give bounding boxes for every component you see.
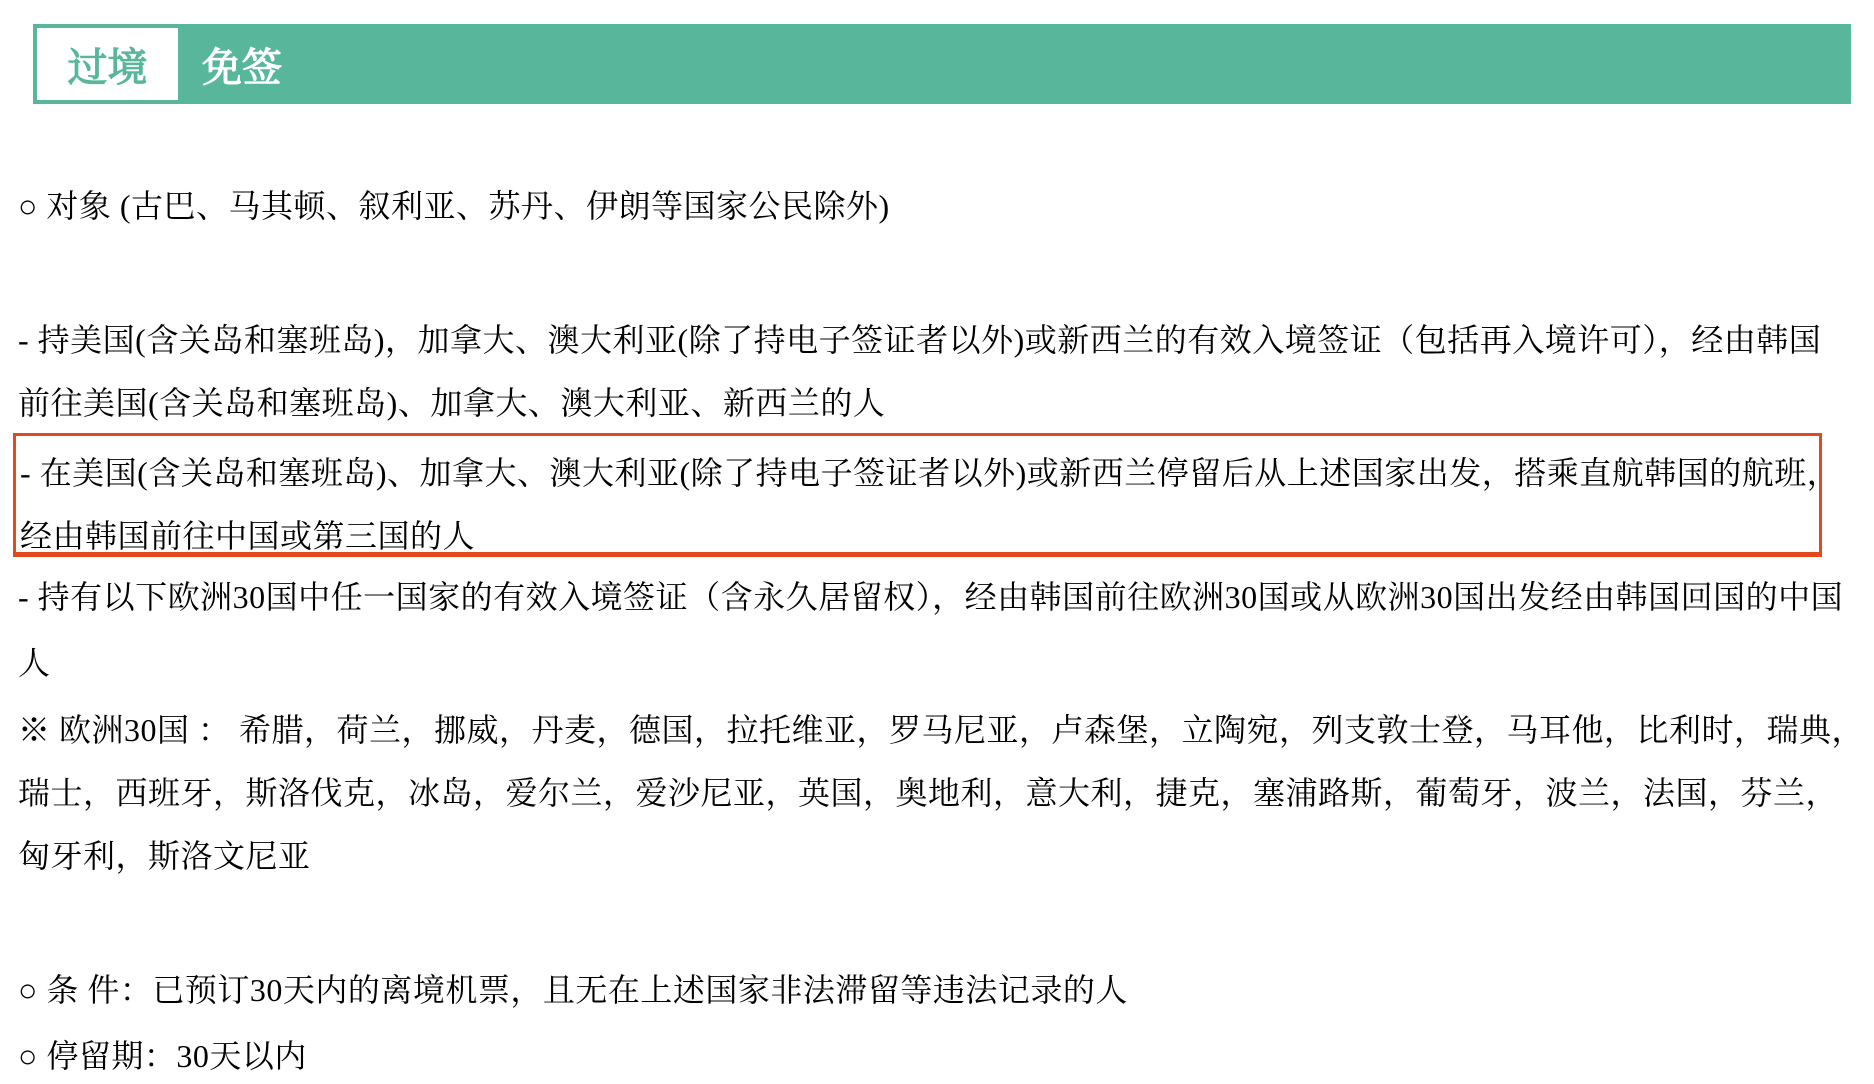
highlight-line1: - 在美国(含关岛和塞班岛)、加拿大、澳大利亚(除了持电子签证者以外)或新西兰停… xyxy=(20,455,1839,491)
stay-period-line: ○ 停留期：30天以内 xyxy=(18,1038,307,1074)
condition-line: ○ 条 件：已预订30天内的离境机票，且无在上述国家非法滞留等违法记录的人 xyxy=(18,972,1128,1008)
highlight-box: - 在美国(含关岛和塞班岛)、加拿大、澳大利亚(除了持电子签证者以外)或新西兰停… xyxy=(13,433,1822,557)
eu-list-line2: 瑞士，西班牙，斯洛伐克，冰岛，爱尔兰，爱沙尼亚，英国，奥地利，意大利，捷克，塞浦… xyxy=(18,775,1838,811)
tab-visa-free[interactable]: 免签 xyxy=(202,36,282,93)
highlight-line2: 经由韩国前往中国或第三国的人 xyxy=(20,518,475,554)
eu-paragraph-line1: - 持有以下欧洲30国中任一国家的有效入境签证（含永久居留权），经由韩国前往欧洲… xyxy=(18,579,1843,615)
tab-transit[interactable]: 过境 xyxy=(37,28,178,100)
us-paragraph-line2: 前往美国(含关岛和塞班岛)、加拿大、澳大利亚、新西兰的人 xyxy=(18,385,885,421)
tab-transit-label: 过境 xyxy=(68,36,148,93)
eu-paragraph-line2: 人 xyxy=(18,645,51,681)
eu-list-line3: 匈牙利，斯洛文尼亚 xyxy=(18,838,311,874)
subject-line: ○ 对象 (古巴、马其顿、叙利亚、苏丹、伊朗等国家公民除外) xyxy=(18,188,890,224)
visa-info-page: 过境 免签 ○ 对象 (古巴、马其顿、叙利亚、苏丹、伊朗等国家公民除外) - 持… xyxy=(0,0,1874,1084)
tab-bar: 过境 免签 xyxy=(33,24,1851,104)
eu-list-line1: ※ 欧洲30国 ： 希腊，荷兰，挪威，丹麦，德国，拉托维亚，罗马尼亚，卢森堡，立… xyxy=(18,712,1864,748)
tab-visa-free-label: 免签 xyxy=(202,45,282,90)
us-paragraph-line1: - 持美国(含关岛和塞班岛)，加拿大、澳大利亚(除了持电子签证者以外)或新西兰的… xyxy=(18,322,1821,358)
